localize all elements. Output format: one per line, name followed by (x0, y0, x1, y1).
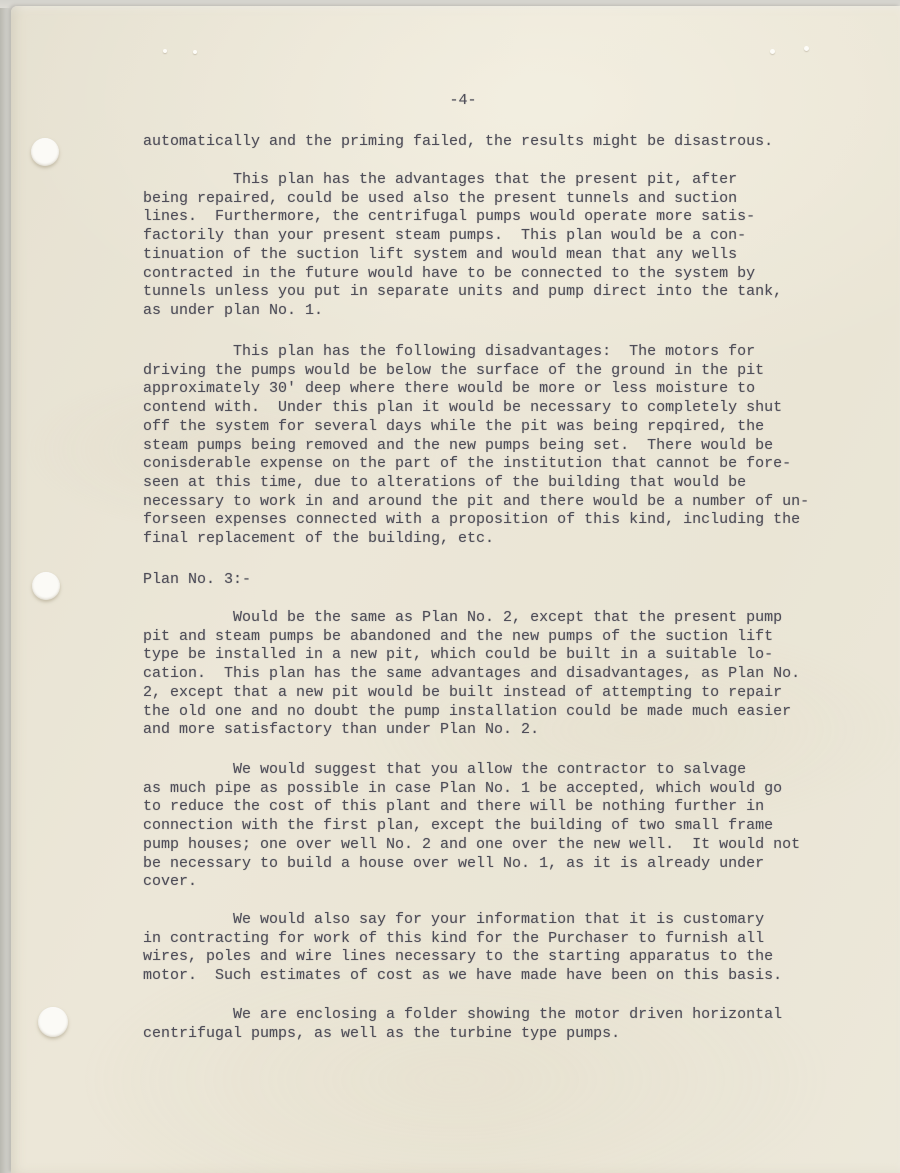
staple-hole-speck (163, 49, 167, 53)
paragraph-plan2-disadvantages: This plan has the following disadvantage… (143, 343, 843, 549)
hole-punch-top (31, 138, 59, 166)
paragraph-plan3-description: Would be the same as Plan No. 2, except … (143, 609, 843, 740)
staple-hole-speck (193, 50, 197, 54)
paragraph-salvage-suggestion: We would suggest that you allow the cont… (143, 761, 843, 892)
paragraph-plan2-advantages: This plan has the advantages that the pr… (143, 171, 843, 321)
hole-punch-bottom (38, 1007, 68, 1037)
paragraph-continuation: automatically and the priming failed, th… (143, 133, 843, 152)
hole-punch-middle (32, 572, 60, 600)
staple-hole-speck (804, 46, 809, 51)
scanned-document-page: { "page": { "number": "-4-", "paper_colo… (0, 0, 900, 1173)
staple-hole-speck (770, 49, 775, 54)
paragraph-enclosure-note: We are enclosing a folder showing the mo… (143, 1006, 843, 1043)
section-heading-plan-3: Plan No. 3:- (143, 571, 843, 590)
page-number: -4- (143, 92, 783, 111)
paragraph-purchaser-information: We would also say for your information t… (143, 911, 843, 986)
